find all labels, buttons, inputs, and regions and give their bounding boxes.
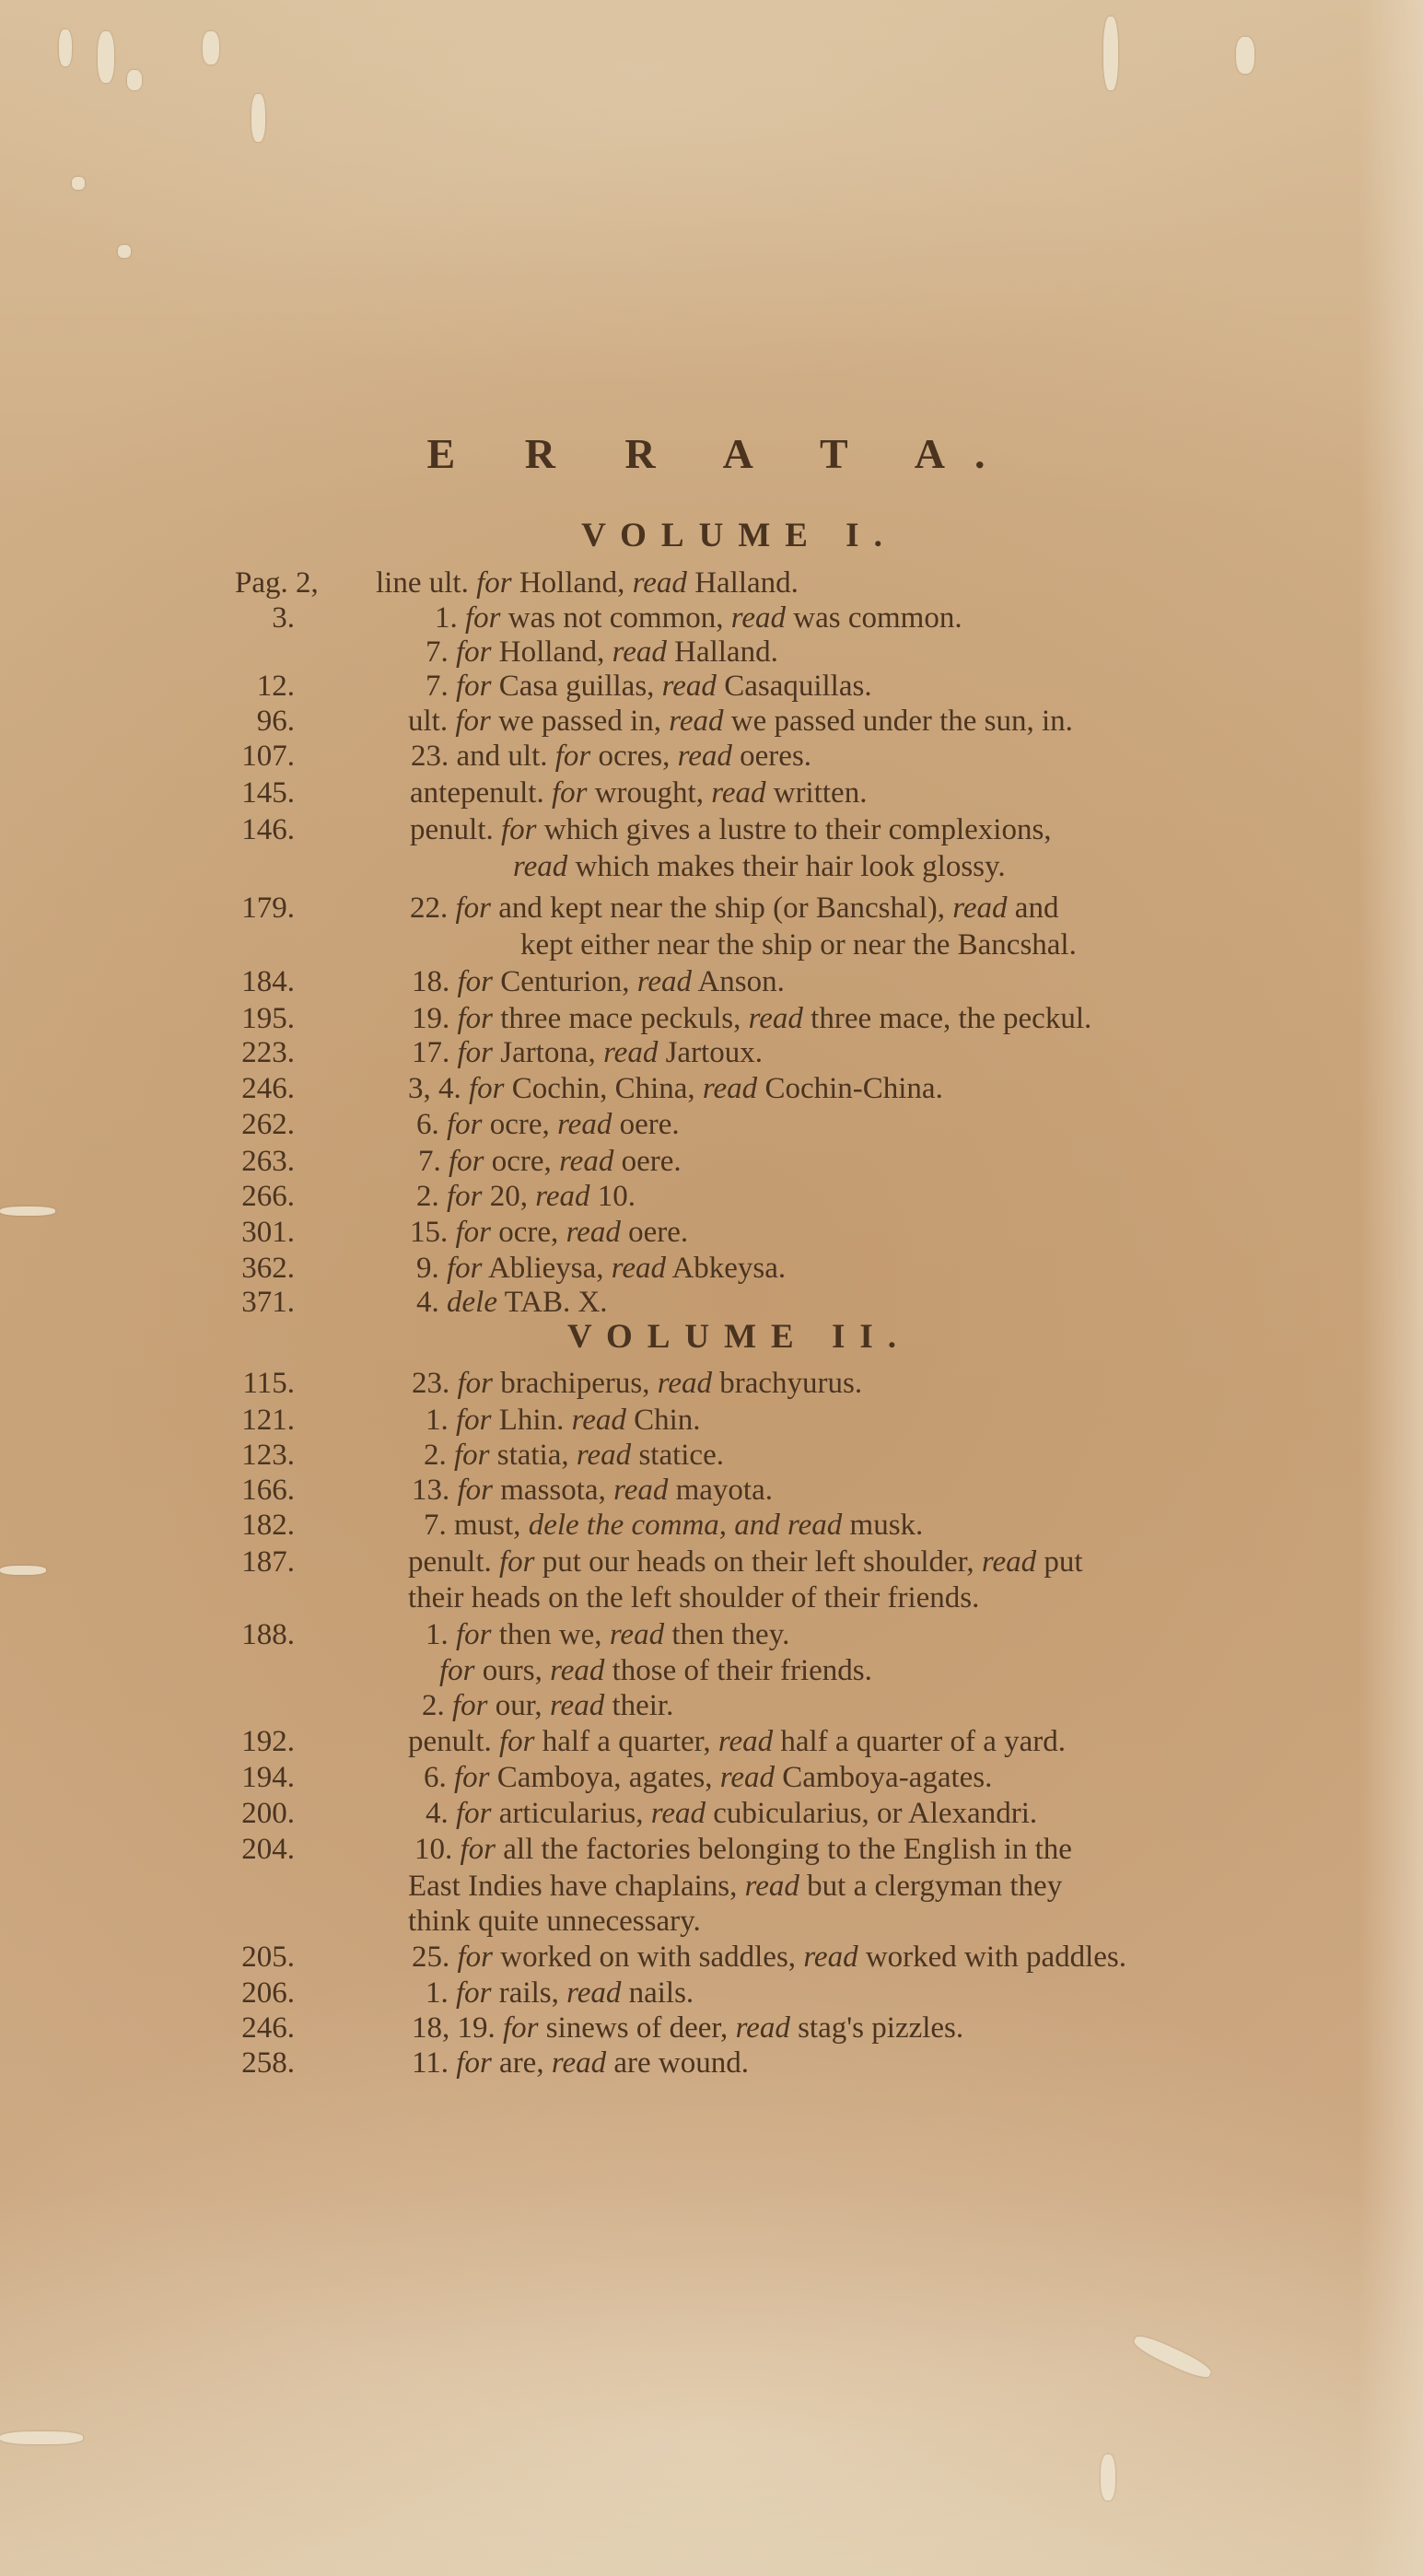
page-number: 115. xyxy=(166,1367,295,1401)
paper-hole xyxy=(98,31,114,83)
page-number: 145. xyxy=(166,776,295,810)
page-number: 195. xyxy=(166,1002,295,1036)
correction-text: 13. for massota, read mayota. xyxy=(412,1474,773,1508)
page-number: 258. xyxy=(166,2046,295,2081)
correction-text: 2. for our, read their. xyxy=(422,1689,673,1723)
correction-text: 22. for and kept near the ship (or Bancs… xyxy=(410,892,1058,926)
page-number: 371. xyxy=(166,1286,295,1320)
correction-text: 1. for was not common, read was common. xyxy=(435,601,962,635)
correction-text: 18, 19. for sinews of deer, read stag's … xyxy=(412,2011,963,2046)
correction-text: for ours, read those of their friends. xyxy=(439,1654,872,1688)
volume-1-heading: VOLUME I. xyxy=(0,516,1423,555)
correction-text: their heads on the left shoulder of thei… xyxy=(408,1581,979,1615)
paper-hole xyxy=(1236,37,1254,74)
page-number: 107. xyxy=(166,740,295,774)
page-number: 123. xyxy=(166,1439,295,1473)
correction-text: 4. for articularius, read cubicularius, … xyxy=(426,1797,1037,1831)
page-number: 179. xyxy=(166,892,295,926)
page-number: 194. xyxy=(166,1761,295,1795)
correction-text: 15. for ocre, read oere. xyxy=(410,1216,688,1250)
correction-text: 17. for Jartona, read Jartoux. xyxy=(412,1036,763,1070)
correction-text: 23. and ult. for ocres, read oeres. xyxy=(411,740,811,774)
page-number: 204. xyxy=(166,1833,295,1867)
correction-text: 4. dele TAB. X. xyxy=(416,1286,608,1320)
correction-text: East Indies have chaplains, read but a c… xyxy=(408,1870,1062,1904)
page-number: 146. xyxy=(166,813,295,847)
correction-text: 10. for all the factories belonging to t… xyxy=(414,1833,1072,1867)
paper-hole xyxy=(251,94,265,142)
page-number: 246. xyxy=(166,1072,295,1106)
page-number: 187. xyxy=(166,1545,295,1579)
page-number: 12. xyxy=(166,670,295,704)
page-number: 96. xyxy=(166,705,295,739)
correction-text: 1. for rails, read nails. xyxy=(426,1976,694,2011)
page-number: Pag. 2, xyxy=(235,566,319,600)
paper-hole xyxy=(1101,2454,1115,2500)
page-title: E R R A T A. xyxy=(0,429,1423,478)
page-number: 184. xyxy=(166,965,295,999)
page-number: 121. xyxy=(166,1404,295,1438)
correction-text: 1. for then we, read then they. xyxy=(426,1618,789,1652)
page-number: 3. xyxy=(166,601,295,635)
correction-text: 18. for Centurion, read Anson. xyxy=(412,965,785,999)
correction-text: 3, 4. for Cochin, China, read Cochin-Chi… xyxy=(408,1072,943,1106)
page-number: 205. xyxy=(166,1941,295,1975)
paper-hole xyxy=(118,245,131,258)
correction-text: 6. for ocre, read oere. xyxy=(416,1108,680,1142)
correction-text: 25. for worked on with saddles, read wor… xyxy=(412,1941,1126,1975)
correction-text: 23. for brachiperus, read brachyurus. xyxy=(412,1367,862,1401)
page-number: 188. xyxy=(166,1618,295,1652)
correction-text: 7. must, dele the comma, and read musk. xyxy=(424,1509,923,1543)
correction-text: 7. for ocre, read oere. xyxy=(418,1145,682,1179)
page-number: 301. xyxy=(166,1216,295,1250)
correction-text: 11. for are, read are wound. xyxy=(412,2046,749,2081)
page-number: 192. xyxy=(166,1725,295,1759)
correction-text: penult. for put our heads on their left … xyxy=(408,1545,1083,1579)
correction-text: think quite unnecessary. xyxy=(408,1905,701,1939)
correction-text: 7. for Casa guillas, read Casaquillas. xyxy=(426,670,872,704)
paper-hole xyxy=(0,1206,55,1216)
page-number: 166. xyxy=(166,1474,295,1508)
page-number: 266. xyxy=(166,1180,295,1214)
page-number: 223. xyxy=(166,1036,295,1070)
page-number: 182. xyxy=(166,1509,295,1543)
correction-text: 7. for Holland, read Halland. xyxy=(426,635,778,670)
correction-text: kept either near the ship or near the Ba… xyxy=(520,928,1077,962)
paper-hole xyxy=(203,31,219,64)
paper-hole xyxy=(72,177,85,190)
paper-hole xyxy=(0,1566,46,1575)
correction-text: 6. for Camboya, agates, read Camboya-aga… xyxy=(424,1761,992,1795)
correction-text: antepenult. for wrought, read written. xyxy=(410,776,867,810)
paper-hole xyxy=(59,29,72,66)
paper-hole xyxy=(127,70,142,90)
correction-text: 2. for statia, read statice. xyxy=(424,1439,724,1473)
correction-text: ult. for we passed in, read we passed un… xyxy=(408,705,1073,739)
page-number: 262. xyxy=(166,1108,295,1142)
correction-text: 9. for Ablieysa, read Abkeysa. xyxy=(416,1252,786,1286)
paper-hole xyxy=(0,2431,83,2444)
paper-edge xyxy=(1359,0,1423,2576)
page-number: 246. xyxy=(166,2011,295,2046)
correction-text: read which makes their hair look glossy. xyxy=(513,850,1006,884)
correction-text: 19. for three mace peckuls, read three m… xyxy=(412,1002,1091,1036)
page-number: 206. xyxy=(166,1976,295,2011)
page-number: 263. xyxy=(166,1145,295,1179)
correction-text: penult. for half a quarter, read half a … xyxy=(408,1725,1066,1759)
correction-text: 2. for 20, read 10. xyxy=(416,1180,636,1214)
page-number: 362. xyxy=(166,1252,295,1286)
correction-text: penult. for which gives a lustre to thei… xyxy=(410,813,1052,847)
volume-2-heading: VOLUME II. xyxy=(0,1317,1423,1357)
paper-hole xyxy=(1103,17,1118,90)
page-number: 200. xyxy=(166,1797,295,1831)
correction-text: 1. for Lhin. read Chin. xyxy=(426,1404,701,1438)
correction-text: line ult. for Holland, read Halland. xyxy=(376,566,799,600)
